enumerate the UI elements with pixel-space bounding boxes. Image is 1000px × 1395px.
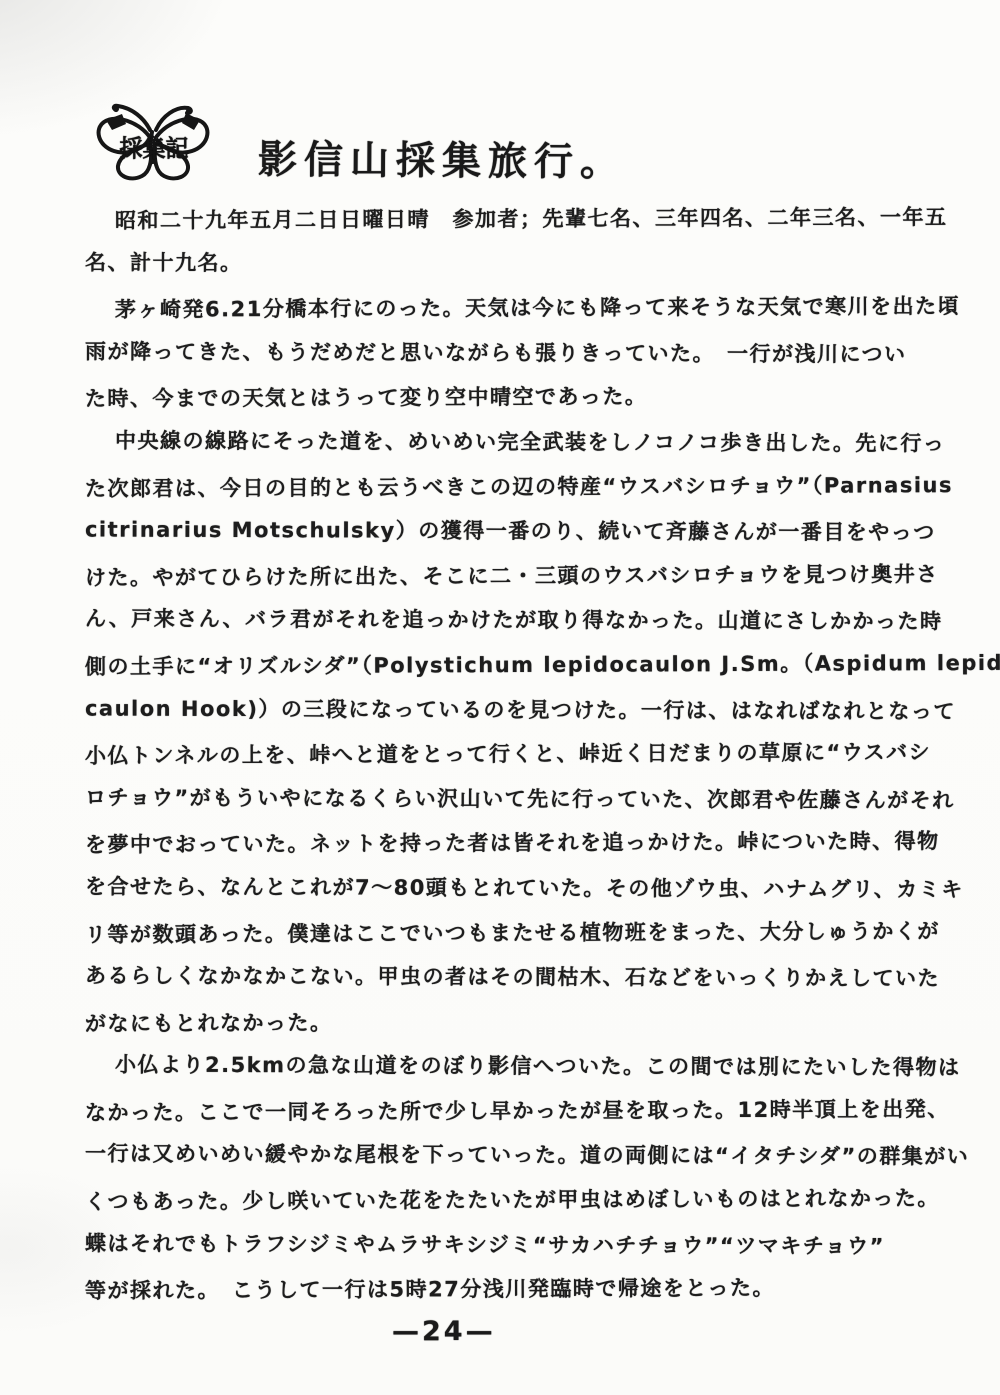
text-line: くつもあった。少し咲いていた花をたたいたが甲虫はめぼしいものはとれなかった。 [85,1175,941,1223]
text-line: 茅ヶ崎発6.21分橋本行にのった。天気は今にも降って来そうな天気で寒川を出た頃 [85,283,941,331]
text-line: citrinarius Motschulsky）の獲得一番のり、続いて斉藤さんが… [85,507,941,555]
text-line: 小仏トンネルの上を、峠へと道をとって行くと、峠近く日だまりの草原に“ウスバシ [85,729,941,777]
text-line: た次郎君は、今日の目的とも云うべきこの辺の特産“ウスバシロチョウ”（Parnas… [85,462,941,510]
text-line: ロチョウ”がもういやになるくらい沢山いて先に行っていた、次郎君や佐藤さんがそれ [85,774,941,822]
document-body: 昭和二十九年五月二日日曜日晴 参加者；先輩七名、三年四名、二年三名、一年五 名、… [85,196,941,1311]
text-line: 側の土手に“オリズルシダ”（Polystichum lepidocaulon J… [85,640,941,688]
text-line: 雨が降ってきた、もうだめだと思いながらも張りきっていた。 一行が浅川につい [85,328,941,376]
text-line: あるらしくなかなかこない。甲虫の者はその間枯木、石などをいっくりかえしていた [85,953,941,1001]
butterfly-stamp: 採集記 [92,96,214,192]
page-title: 影信山採集旅行。 [258,129,626,188]
text-line: 昭和二十九年五月二日日曜日晴 参加者；先輩七名、三年四名、二年三名、一年五 [85,194,941,242]
text-line: 一行は又めいめい緩やかな尾根を下っていった。道の両側には“イタチシダ”の群集がい [85,1131,941,1179]
text-line: けた。やがてひらけた所に出た、そこに二・三頭のウスバシロチョウを見つけ奥井さ [85,551,941,599]
text-line: 蝶はそれでもトラフシジミやムラサキシジミ“サカハチチョウ”“ツマキチョウ” [85,1220,941,1268]
text-line: caulon Hook)）の三段になっているのを見つけた。一行は、はなればなれと… [85,685,941,733]
text-line: ん、戸来さん、バラ君がそれを追っかけたが取り得なかった。山道にさしかかった時 [85,596,941,644]
text-line: た時、今までの天気とはうって変り空中晴空であった。 [85,373,941,421]
text-line: 中央線の線路にそった道を、めいめい完全武装をしノコノコ歩き出した。先に行っ [85,417,941,465]
scanned-document-page: 採集記 影信山採集旅行。 昭和二十九年五月二日日曜日晴 参加者；先輩七名、三年四… [0,0,1000,1395]
text-line: を合せたら、なんとこれが7〜80頭もとれていた。その他ゾウ虫、ハナムグリ、カミキ [85,863,941,911]
text-line: がなにもとれなかった。 [85,997,941,1045]
text-line: リ等が数頭あった。僕達はここでいつもまたせる植物班をまった、大分しゅうかくが [85,908,941,956]
stamp-label: 採集記 [118,129,190,164]
text-line: 名、計十九名。 [85,239,941,287]
text-line: 等が採れた。 こうして一行は5時27分浅川発臨時で帰途をとった。 [85,1264,941,1312]
text-line: を夢中でおっていた。ネットを持った者は皆それを追っかけた。峠についた時、得物 [85,818,941,866]
page-number: —24— [392,1316,496,1347]
text-line: 小仏より2.5kmの急な山道をのぼり影信へついた。この間では別にたいした得物は [85,1042,941,1090]
text-line: なかった。ここで一同そろった所で少し早かったが昼を取った。12時半頂上を出発、 [85,1086,941,1134]
